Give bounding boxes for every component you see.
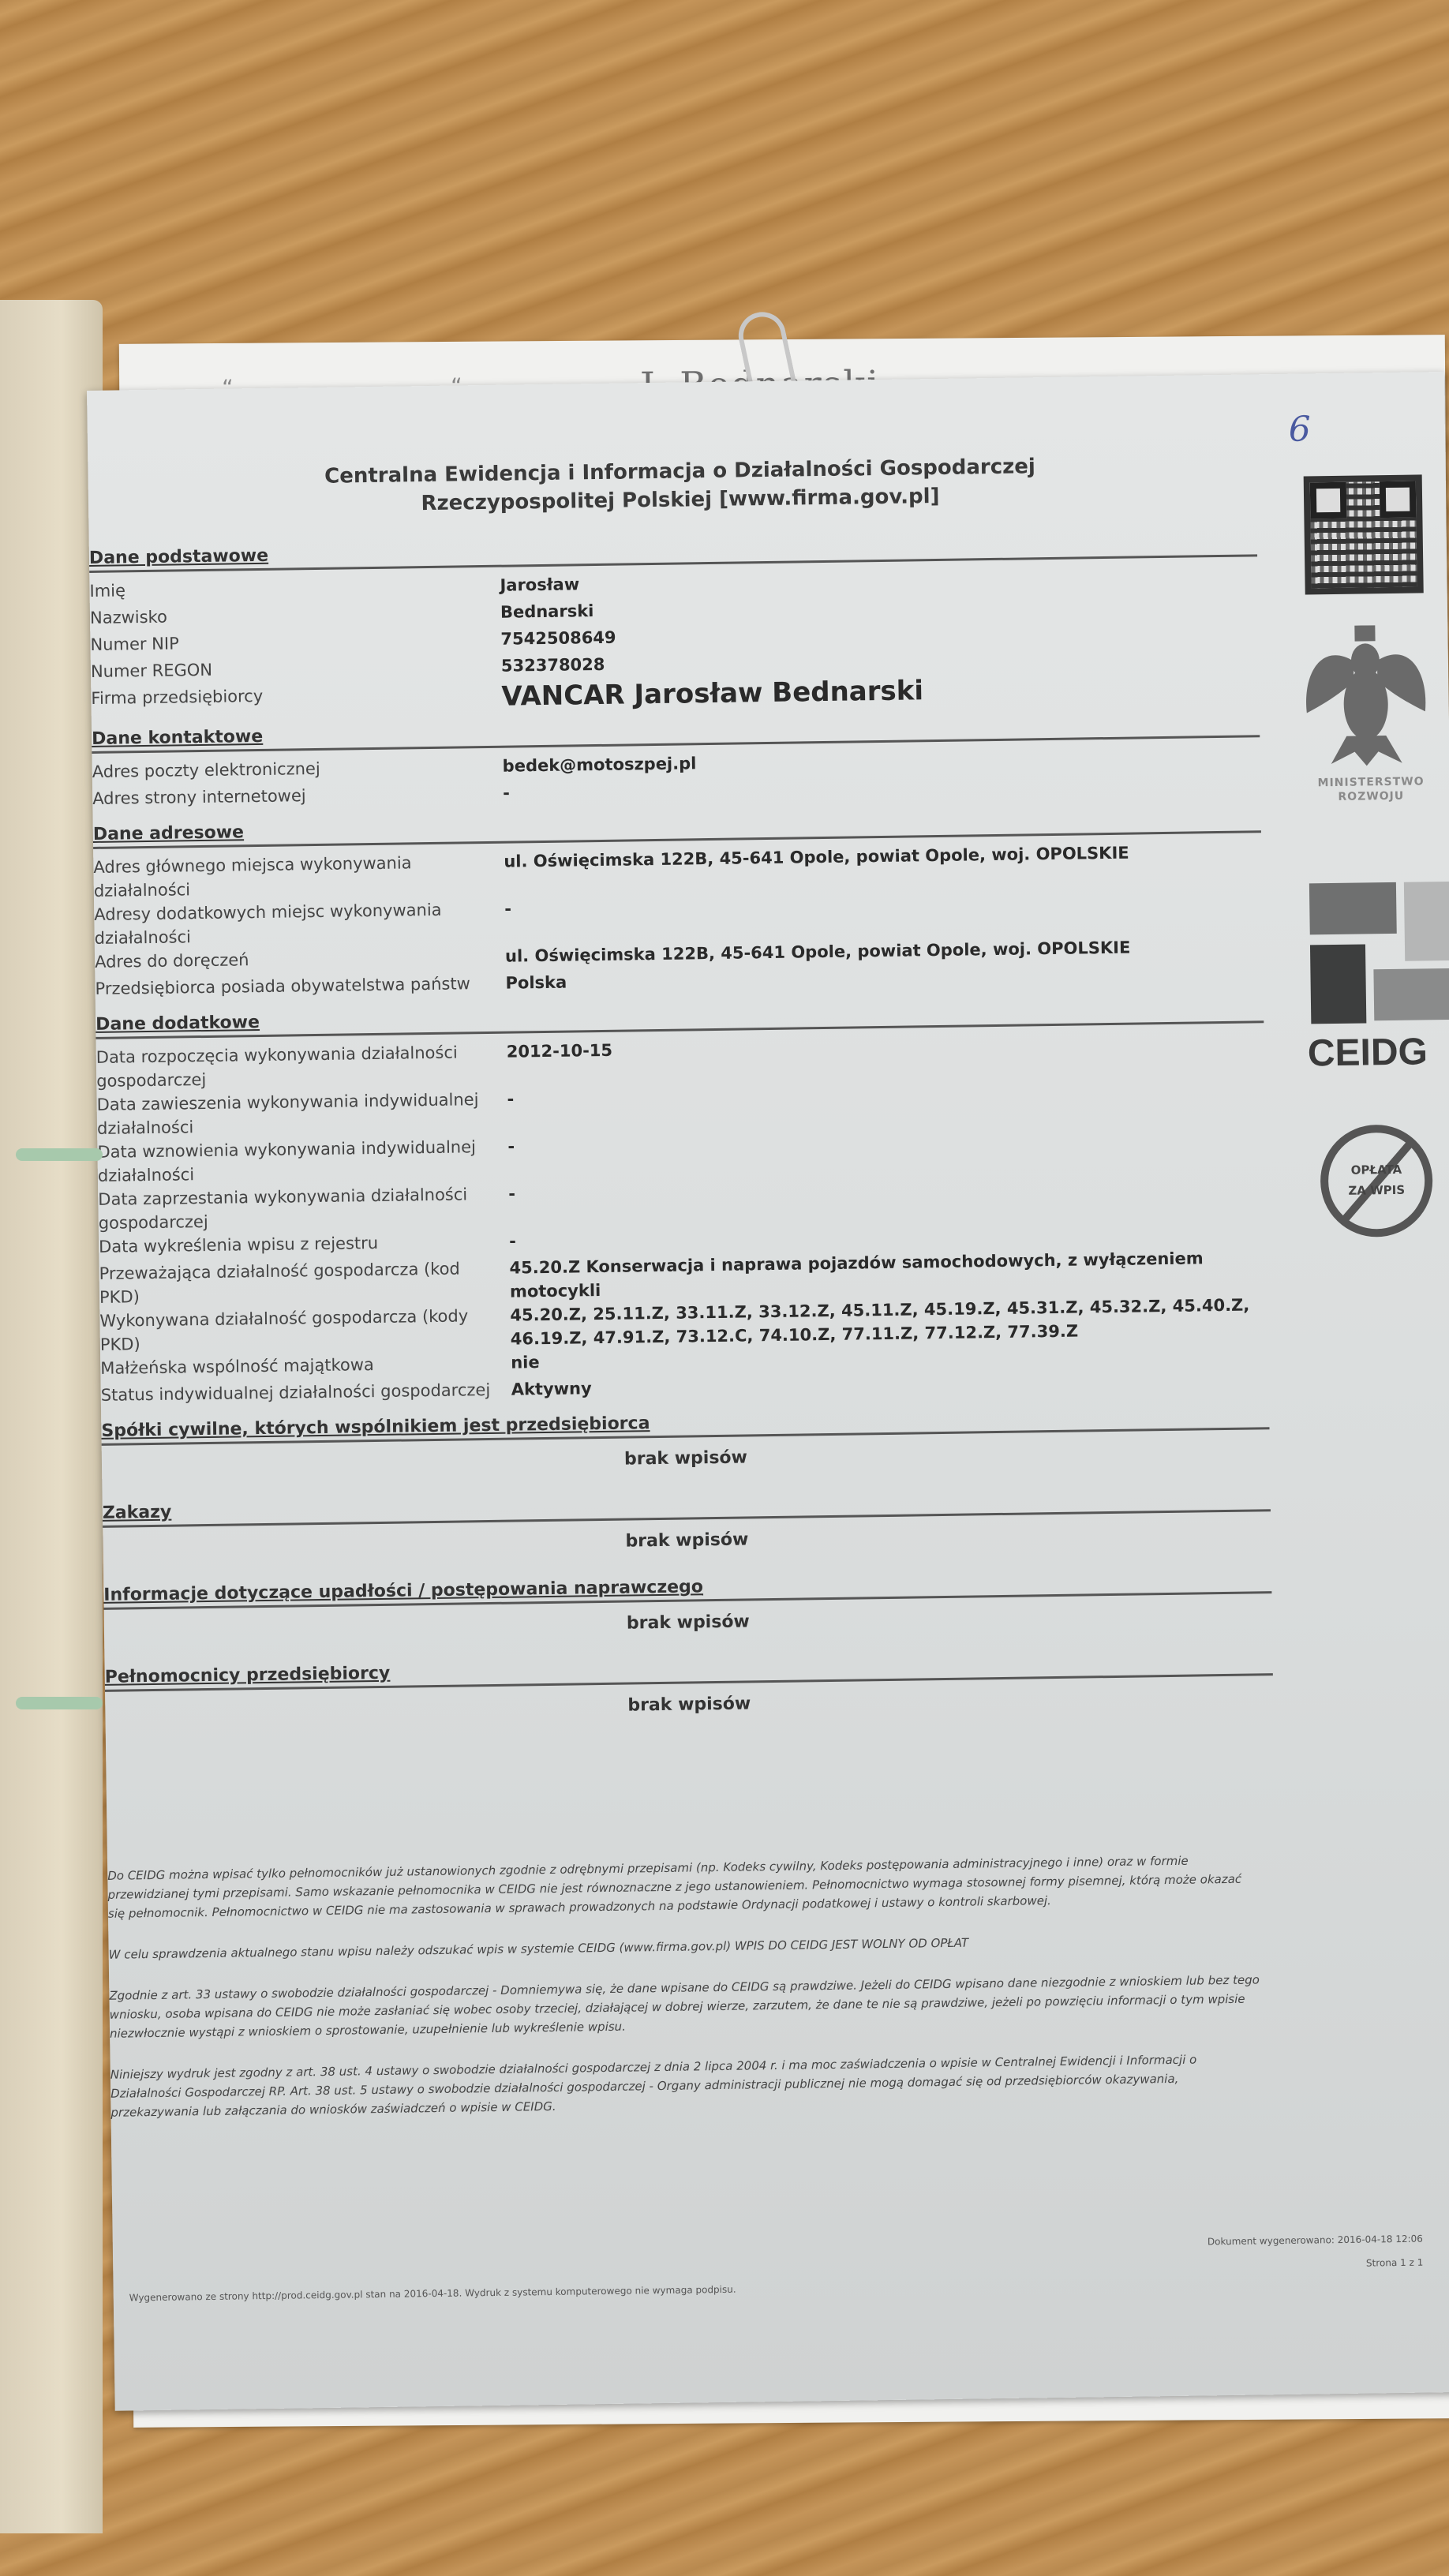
label: Data zaprzestania wykonywania działalnoś… (98, 1182, 509, 1235)
label: Adresy dodatkowych miejsc wykonywania dz… (94, 897, 505, 950)
label: Data rozpoczęcia wykonywania działalnośc… (96, 1040, 507, 1093)
label: Adres głównego miejsca wykonywania dział… (93, 850, 504, 903)
no-fee-line-1: OPŁATA (1317, 1162, 1436, 1178)
section-proxies: Pełnomocnicy przedsiębiorcy brak wpisów (105, 1651, 1274, 1739)
label: Data wznowienia wykonywania indywidualne… (97, 1135, 508, 1188)
no-fee-circle-icon (1316, 1121, 1436, 1241)
ministry-label: MINISTERSTWO ROZWOJU (1300, 774, 1442, 805)
sidebar-art: MINISTERSTWO ROZWOJU CEIDG OPŁATA ZA WPI… (1296, 474, 1449, 1241)
label: Adres strony internetowej (92, 781, 503, 814)
footer-source: Wygenerowano ze strony http://prod.ceidg… (129, 2284, 736, 2304)
label: Przedsiębiorca posiada obywatelstwa pańs… (95, 972, 505, 1004)
note-art-33: Zgodnie z art. 33 ustawy o swobodzie dzi… (109, 1970, 1262, 2042)
no-entries: brak wpisów (105, 1682, 1274, 1739)
no-entries: brak wpisów (102, 1436, 1271, 1492)
generated-timestamp: Dokument wygenerowano: 2016-04-18 12:06 (1207, 2227, 1423, 2254)
no-entries: brak wpisów (104, 1600, 1273, 1657)
section-partnerships: Spółki cywilne, których wspólnikiem jest… (101, 1405, 1270, 1492)
ministry-line-1: MINISTERSTWO (1300, 774, 1442, 791)
binder-ring (16, 1697, 103, 1709)
qr-code-icon (1304, 474, 1424, 594)
section-bans: Zakazy brak wpisów (103, 1487, 1271, 1574)
no-fee-line-2: ZA WPIS (1317, 1182, 1436, 1198)
section-bankruptcy: Informacje dotyczące upadłości / postępo… (103, 1569, 1272, 1657)
section-address: Dane adresowe Adres głównego miejsca wyk… (93, 808, 1264, 1004)
label: Przeważająca działalność gospodarcza (ko… (99, 1256, 510, 1309)
document-title: Centralna Ewidencja i Informacja o Dział… (245, 451, 1114, 520)
binder-cover (0, 300, 103, 2533)
ceidg-logo-icon (1301, 882, 1437, 1017)
ceidg-logo-text: CEIDG (1307, 1030, 1446, 1075)
section-additional: Dane dodatkowe Data rozpoczęcia wykonywa… (95, 998, 1269, 1410)
page-counter: Strona 1 z 1 (1207, 2251, 1423, 2278)
footer-right: Dokument wygenerowano: 2016-04-18 12:06 … (1207, 2227, 1424, 2278)
note-proxies: Do CEIDG można wpisać tylko pełnomocnikó… (107, 1850, 1260, 1923)
polish-eagle-emblem-icon (1297, 624, 1433, 768)
note-art-38: Niniejszy wydruk jest zgodny z art. 38 u… (110, 2049, 1264, 2121)
ministry-line-2: ROZWOJU (1300, 788, 1442, 805)
binder-ring (16, 1148, 103, 1161)
label: Wykonywana działalność gospodarcza (kody… (99, 1304, 511, 1357)
handwritten-page-number: 6 (1288, 409, 1311, 449)
label: Firma przedsiębiorcy (91, 681, 502, 718)
label: Status indywidualnej działalności gospod… (101, 1378, 511, 1410)
content: Dane podstawowe ImięJarosław NazwiskoBed… (89, 532, 1274, 1750)
label: Data zawieszenia wykonywania indywidualn… (96, 1088, 507, 1140)
section-contact: Dane kontaktowe Adres poczty elektronicz… (92, 713, 1260, 814)
note-check-status: W celu sprawdzenia aktualnego stanu wpis… (109, 1929, 1261, 1964)
ceidg-printout-page: 6 Centralna Ewidencja i Informacja o Dzi… (87, 372, 1449, 2411)
section-basic: Dane podstawowe ImięJarosław NazwiskoBed… (89, 532, 1260, 718)
legal-notes: Do CEIDG można wpisać tylko pełnomocnikó… (107, 1850, 1264, 2144)
no-fee-stamp: OPŁATA ZA WPIS (1316, 1121, 1436, 1241)
no-entries: brak wpisów (103, 1518, 1271, 1574)
